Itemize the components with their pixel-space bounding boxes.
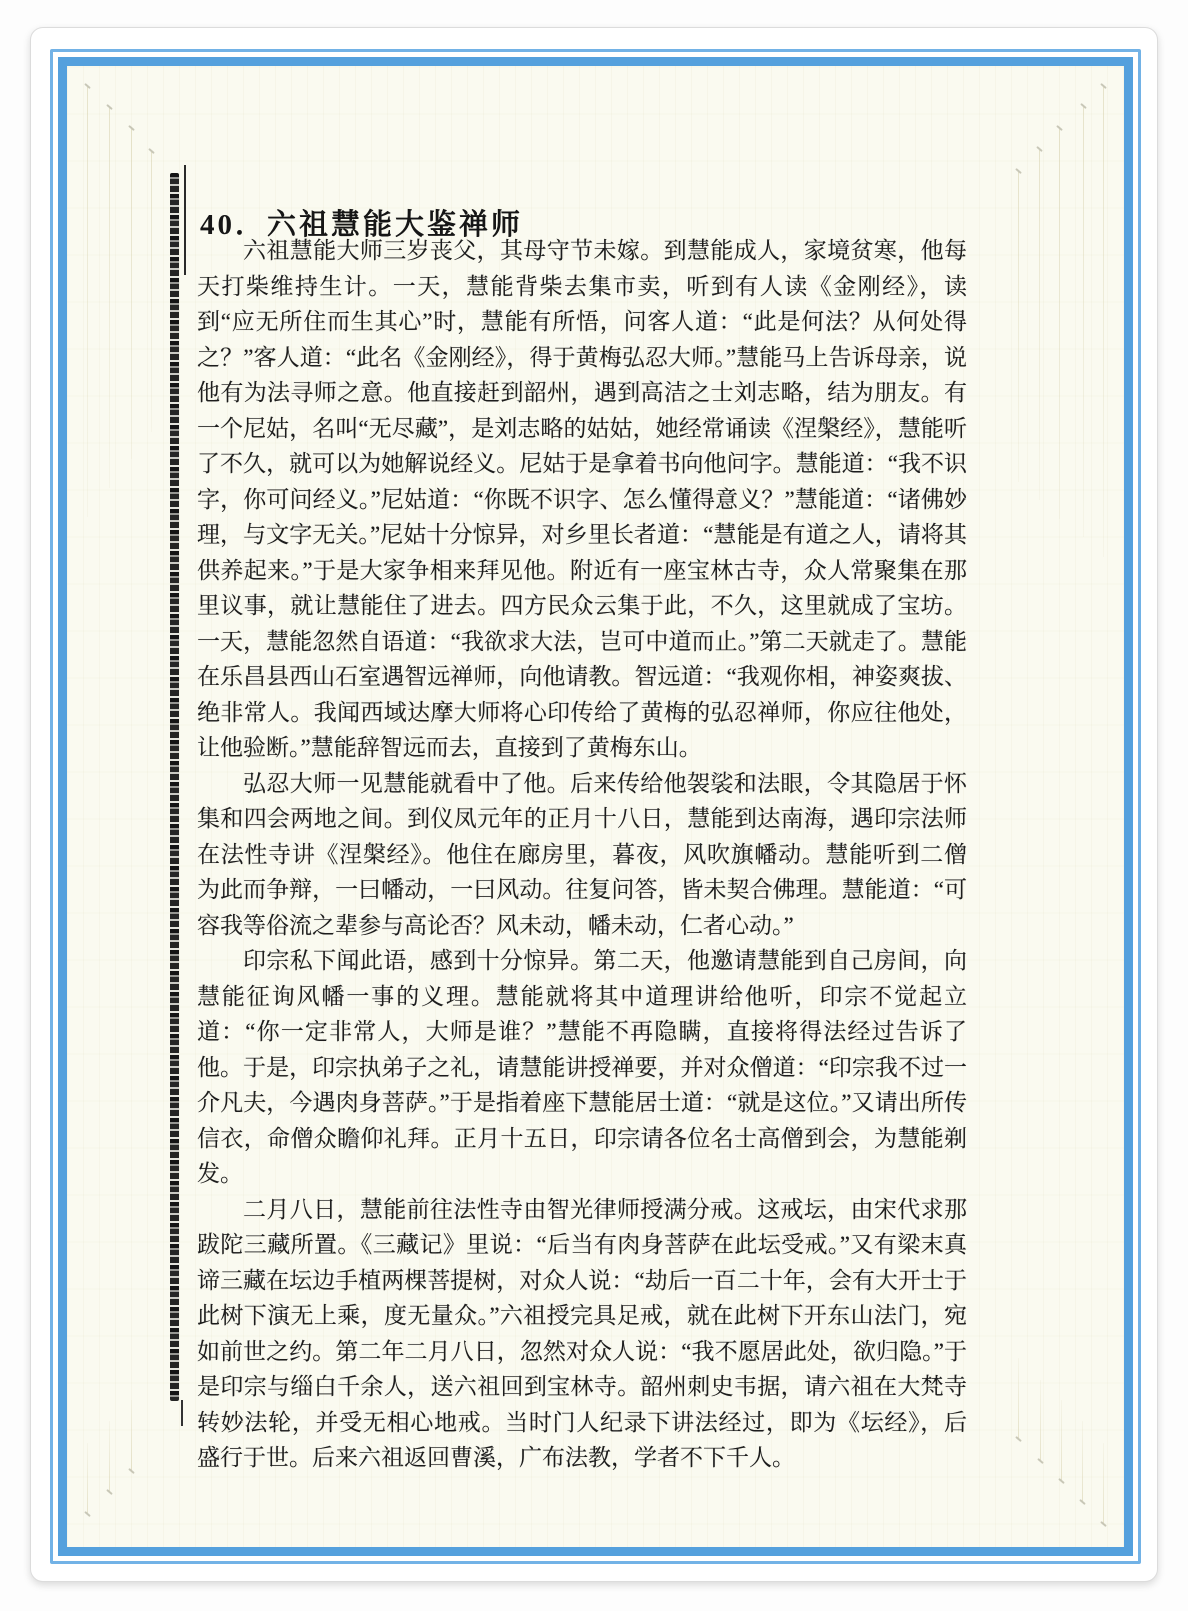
chapter-body: 六祖慧能大师三岁丧父，其母守节未嫁。到慧能成人，家境贫寒，他每天打柴维持生计。一… [197,233,967,1476]
paragraph: 二月八日，慧能前往法性寺由智光律师授满分戒。这戒坛，由宋代求那跋陀三藏所置。《三… [197,1192,967,1476]
paragraph: 印宗私下闻此语，感到十分惊异。第二天，他邀请慧能到自己房间，向慧能征询风幡一事的… [197,943,967,1192]
binding-scan-strip [170,173,179,1401]
binding-scan-line [184,165,186,275]
binding-scan-line [181,1400,183,1426]
paragraph: 弘忍大师一见慧能就看中了他。后来传给他袈裟和法眼，令其隐居于怀集和四会两地之间。… [197,766,967,944]
paragraph: 六祖慧能大师三岁丧父，其母守节未嫁。到慧能成人，家境贫寒，他每天打柴维持生计。一… [197,233,967,766]
